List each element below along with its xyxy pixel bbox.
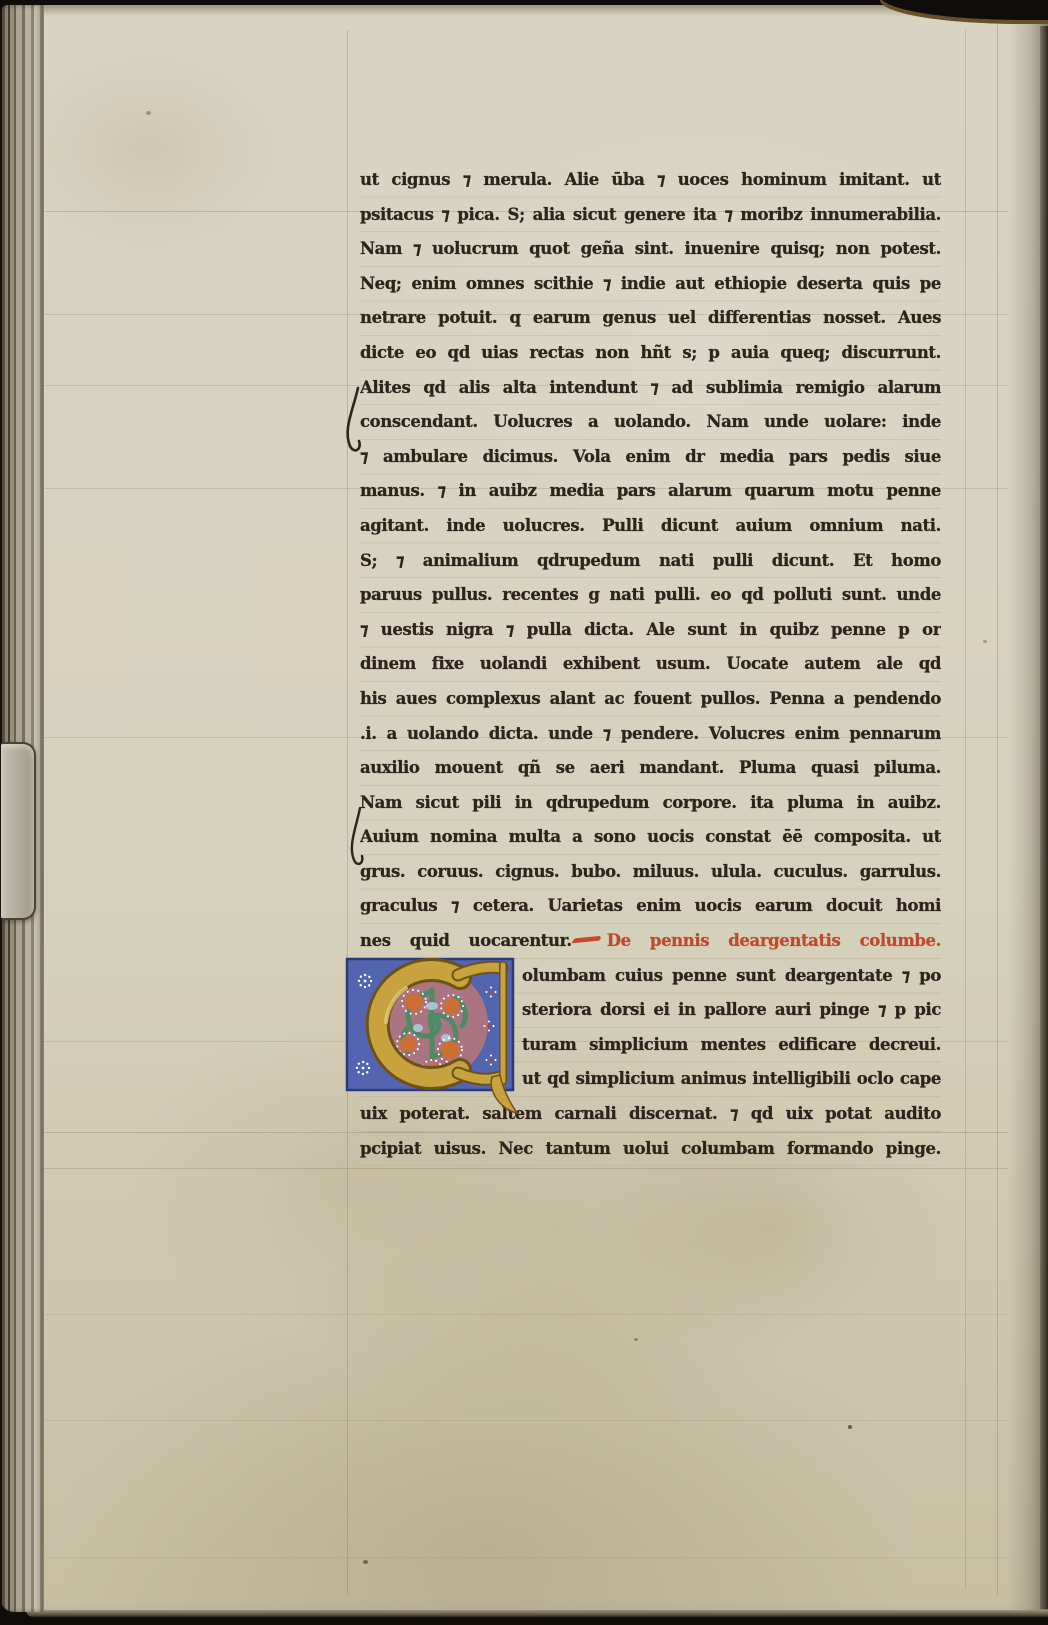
text-line: turam simplicium mentes edificare decreu… [522, 1028, 941, 1063]
body-text: ut cignus ⁊ merula. Alie ūba ⁊ uoces hom… [360, 170, 941, 189]
text-line: graculus ⁊ cetera. Uarietas enim uocis e… [360, 889, 941, 924]
body-text: .i. a uolando dicta. unde ⁊ pendere. Vol… [360, 724, 941, 743]
body-text: his aues complexus alant ac fouent pullo… [360, 689, 941, 708]
text-line: S; ⁊ animalium qdrupedum nati pulli dicu… [360, 544, 941, 579]
text-line: ut cignus ⁊ merula. Alie ūba ⁊ uoces hom… [360, 163, 941, 198]
ruling-line [40, 1168, 1008, 1169]
text-line: conscendant. Uolucres a uolando. Nam und… [360, 405, 941, 440]
text-line: Alites qd alis alta intendunt ⁊ ad subli… [360, 371, 941, 406]
body-text: pcipiat uisus. Nec tantum uolui columbam… [360, 1139, 941, 1158]
text-line: ut qd simplicium animus intelligibili oc… [522, 1062, 941, 1097]
ruling-line [40, 1420, 1008, 1421]
stain-speck [363, 1560, 368, 1564]
ruling-line [40, 1557, 1008, 1558]
manuscript-photo: ut cignus ⁊ merula. Alie ūba ⁊ uoces hom… [0, 0, 1048, 1625]
text-line: ⁊ uestis nigra ⁊ pulla dicta. Ale sunt i… [360, 613, 941, 648]
fore-edge-tab [1, 742, 36, 920]
body-text: auxilio mouent qñ se aeri mandant. Pluma… [360, 758, 941, 777]
text-line: nes quid uocarentur.De pennis deargentat… [360, 924, 941, 959]
body-text: paruus pullus. recentes g nati pulli. eo… [360, 585, 941, 604]
text-line: pcipiat uisus. Nec tantum uolui columbam… [360, 1132, 941, 1167]
text-line: auxilio mouent qñ se aeri mandant. Pluma… [360, 751, 941, 786]
paraph-mark [571, 936, 602, 944]
text-line: Nam ⁊ uolucrum quot geña sint. inuenire … [360, 232, 941, 267]
ruling-line-vertical [997, 25, 998, 1595]
illuminated-initial-C [344, 956, 522, 1122]
body-text: conscendant. Uolucres a uolando. Nam und… [360, 412, 941, 431]
text-line: Auium nomina multa a sono uocis constat … [360, 820, 941, 855]
body-text: Nam ⁊ uolucrum quot geña sint. inuenire … [360, 239, 941, 258]
body-text: Auium nomina multa a sono uocis constat … [360, 827, 941, 846]
text-line: ⁊ ambulare dicimus. Vola enim dr media p… [360, 440, 941, 475]
body-text: steriora dorsi ei in pallore auri pinge … [522, 1000, 941, 1019]
text-line: psitacus ⁊ pica. S; alia sicut genere it… [360, 198, 941, 233]
text-line: .i. a uolando dicta. unde ⁊ pendere. Vol… [360, 717, 941, 752]
rubric-text: De pennis deargentatis columbe. [607, 931, 941, 950]
marginal-flourish [338, 386, 368, 464]
body-text: manus. ⁊ in auibz media pars alarum quar… [360, 481, 941, 500]
body-text: turam simplicium mentes edificare decreu… [522, 1035, 941, 1054]
body-text: ⁊ uestis nigra ⁊ pulla dicta. Ale sunt i… [360, 620, 941, 639]
body-text: psitacus ⁊ pica. S; alia sicut genere it… [360, 205, 941, 224]
text-line: agitant. inde uolucres. Pulli dicunt aui… [360, 509, 941, 544]
text-line: netrare potuit. q earum genus uel differ… [360, 301, 941, 336]
body-text: Nam sicut pili in qdrupedum corpore. ita… [360, 793, 941, 812]
text-line: Nam sicut pili in qdrupedum corpore. ita… [360, 786, 941, 821]
body-text: dicte eo qd uias rectas non hñt s; p aui… [360, 343, 941, 362]
text-line: olumbam cuius penne sunt deargentate ⁊ p… [522, 959, 941, 994]
body-text: Neq; enim omnes scithie ⁊ indie aut ethi… [360, 274, 941, 293]
stain-speck [634, 1338, 638, 1341]
text-line: dicte eo qd uias rectas non hñt s; p aui… [360, 336, 941, 371]
text-line: paruus pullus. recentes g nati pulli. eo… [360, 578, 941, 613]
ruling-line [40, 1314, 1008, 1315]
body-text: Alites qd alis alta intendunt ⁊ ad subli… [360, 378, 941, 397]
ruling-line-vertical [965, 30, 966, 1590]
text-line: Neq; enim omnes scithie ⁊ indie aut ethi… [360, 267, 941, 302]
stain-speck [146, 111, 151, 115]
body-text: agitant. inde uolucres. Pulli dicunt aui… [360, 516, 941, 535]
body-text: ⁊ ambulare dicimus. Vola enim dr media p… [360, 447, 941, 466]
bottom-page-edges [26, 1610, 1048, 1617]
text-line: steriora dorsi ei in pallore auri pinge … [522, 993, 941, 1028]
body-text: olumbam cuius penne sunt deargentate ⁊ p… [522, 966, 941, 985]
body-text: graculus ⁊ cetera. Uarietas enim uocis e… [360, 896, 941, 915]
text-line: his aues complexus alant ac fouent pullo… [360, 682, 941, 717]
stain-speck [848, 1425, 852, 1429]
body-text: nes quid uocarentur. [360, 931, 572, 950]
text-line: grus. coruus. cignus. bubo. miluus. ulul… [360, 855, 941, 890]
fore-edge [1040, 26, 1048, 1609]
body-text: netrare potuit. q earum genus uel differ… [360, 308, 941, 327]
text-line: manus. ⁊ in auibz media pars alarum quar… [360, 474, 941, 509]
body-text: grus. coruus. cignus. bubo. miluus. ulul… [360, 862, 941, 881]
body-text: S; ⁊ animalium qdrupedum nati pulli dicu… [360, 551, 941, 570]
body-text: dinem fixe uolandi exhibent usum. Uocate… [360, 654, 941, 673]
stain-speck [983, 640, 987, 643]
marginal-flourish [344, 806, 370, 876]
text-line: dinem fixe uolandi exhibent usum. Uocate… [360, 647, 941, 682]
body-text: ut qd simplicium animus intelligibili oc… [522, 1069, 941, 1088]
